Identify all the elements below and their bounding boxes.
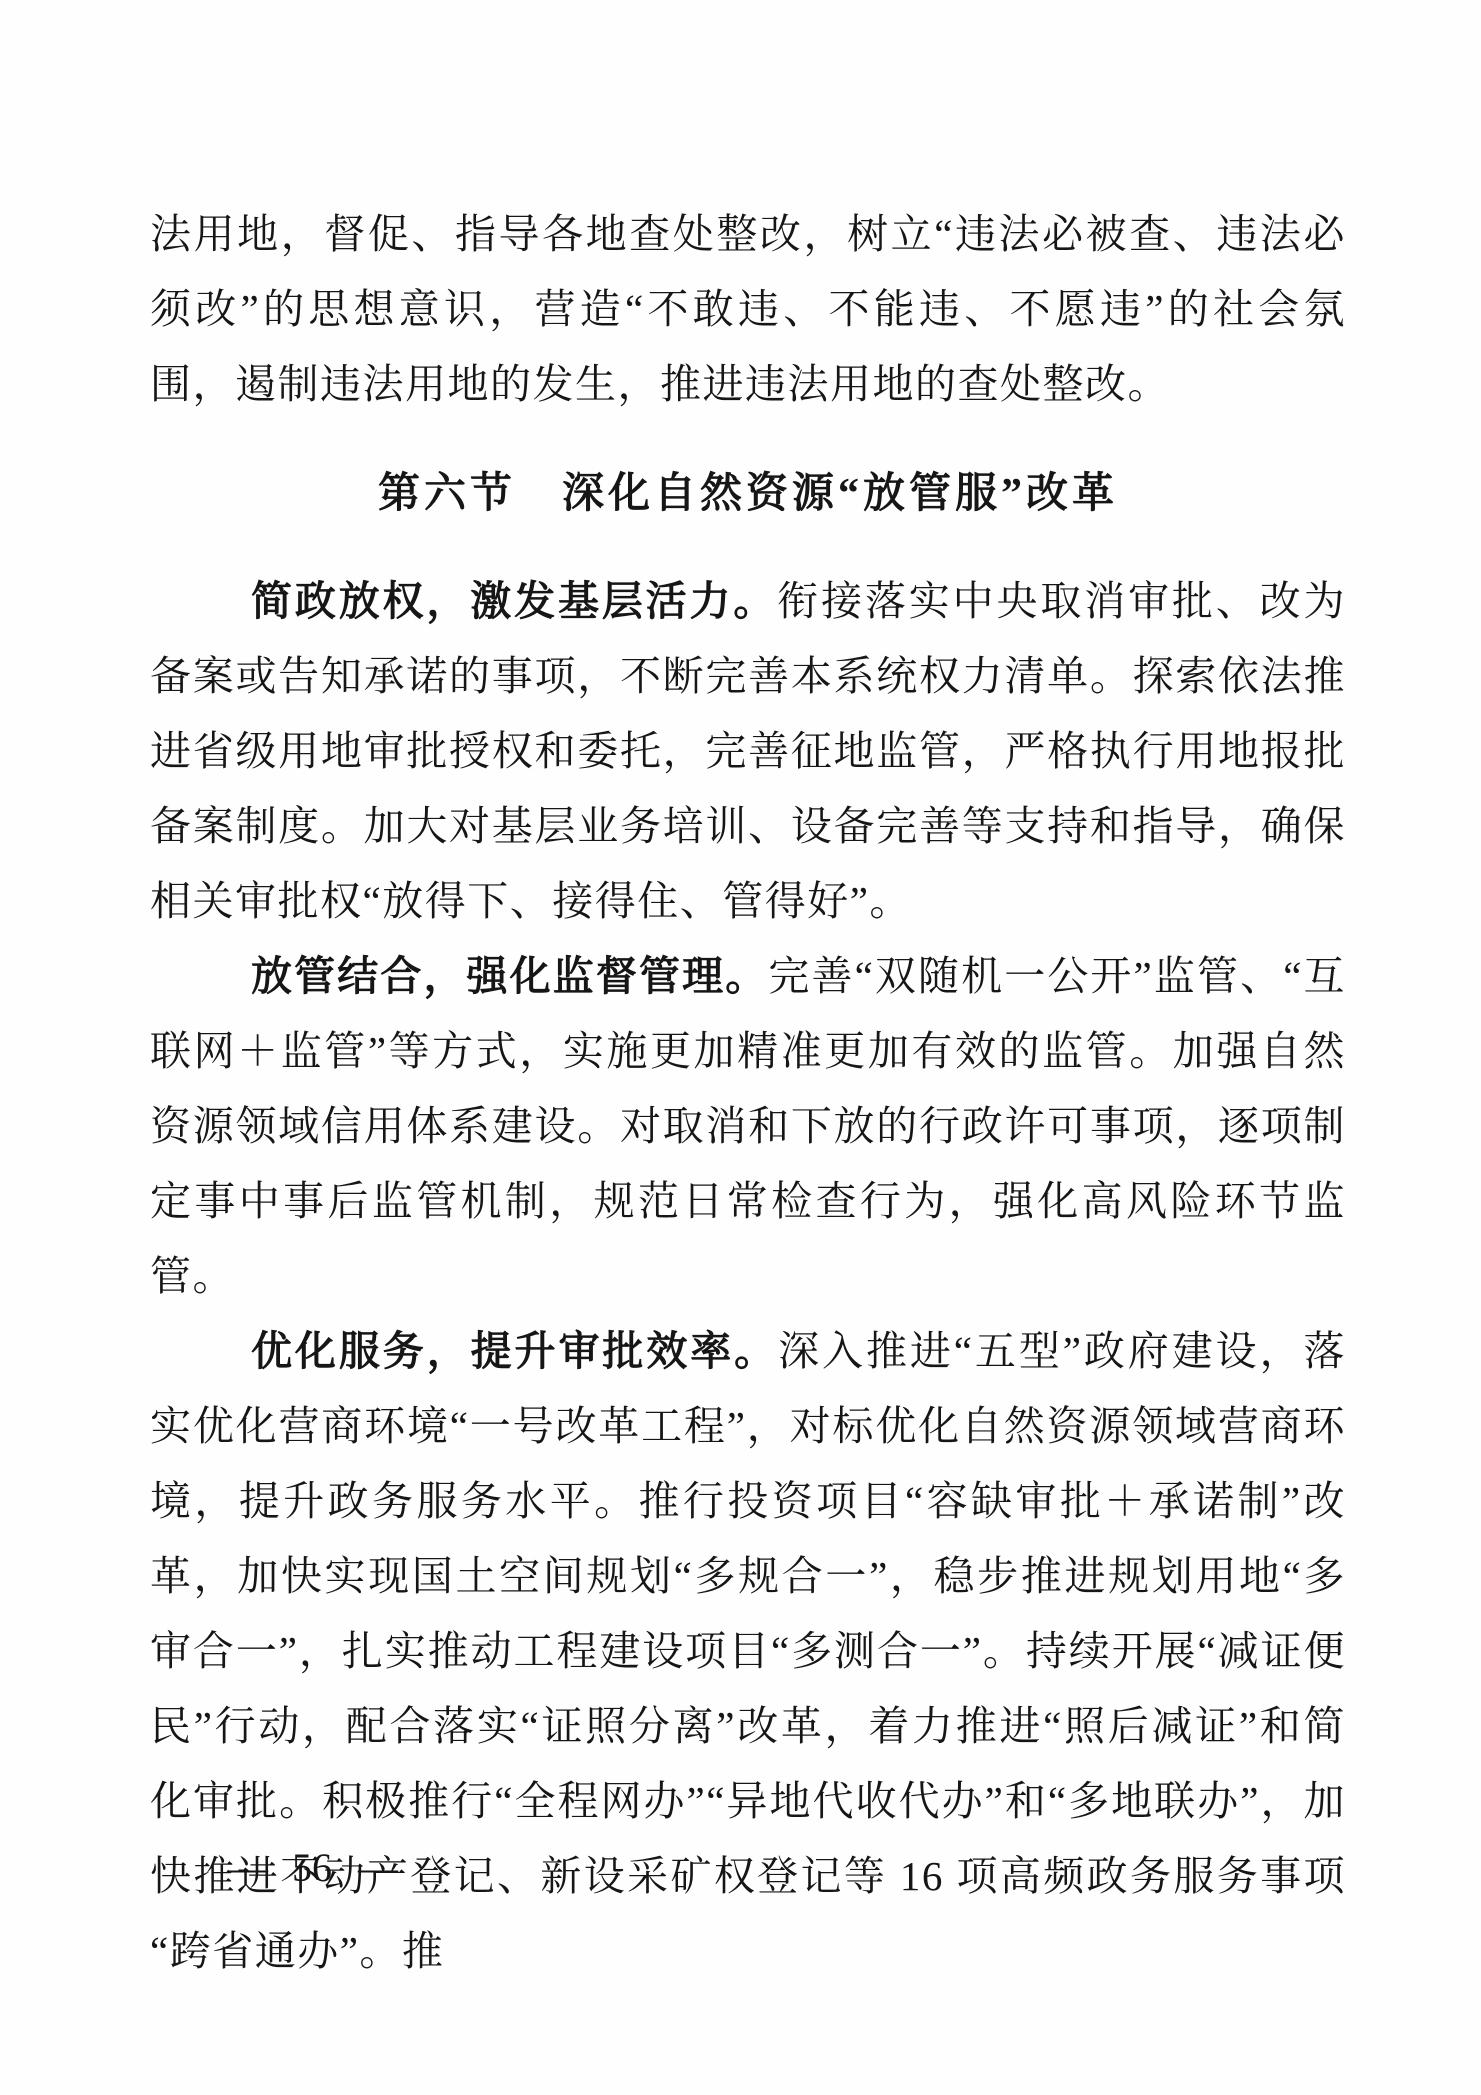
footer-right-dash: — (358, 1842, 396, 1894)
continuation-paragraph: 法用地，督促、指导各地查处整改，树立“违法必被查、违法必须改”的思想意识，营造“… (150, 197, 1346, 422)
paragraph-lead-in: 放管结合，强化监督管理。 (251, 953, 768, 999)
page-number: 56 (292, 1842, 332, 1894)
paragraph-lead-in: 简政放权，激发基层活力。 (251, 578, 777, 624)
paragraph-body-text: 衔接落实中央取消审批、改为备案或告知承诺的事项，不断完善本系统权力清单。探索依法… (150, 578, 1346, 924)
paragraph-simplify-devolve: 简政放权，激发基层活力。衔接落实中央取消审批、改为备案或告知承诺的事项，不断完善… (150, 564, 1346, 939)
section-heading: 第六节 深化自然资源“放管服”改革 (150, 457, 1346, 532)
paragraph-lead-in: 优化服务，提升审批效率。 (251, 1328, 778, 1374)
paragraph-regulation-supervision: 放管结合，强化监督管理。完善“双随机一公开”监管、“互联网＋监管”等方式，实施更… (150, 939, 1346, 1314)
paragraph-body-text: 完善“双随机一公开”监管、“互联网＋监管”等方式，实施更加精准更加有效的监管。加… (150, 953, 1346, 1299)
document-page: 法用地，督促、指导各地查处整改，树立“违法必被查、违法必须改”的思想意识，营造“… (0, 0, 1481, 2095)
page-footer: — 56 — (228, 1842, 396, 1894)
footer-left-dash: — (228, 1842, 266, 1894)
page-body-text: 法用地，督促、指导各地查处整改，树立“违法必被查、违法必须改”的思想意识，营造“… (150, 197, 1346, 1989)
